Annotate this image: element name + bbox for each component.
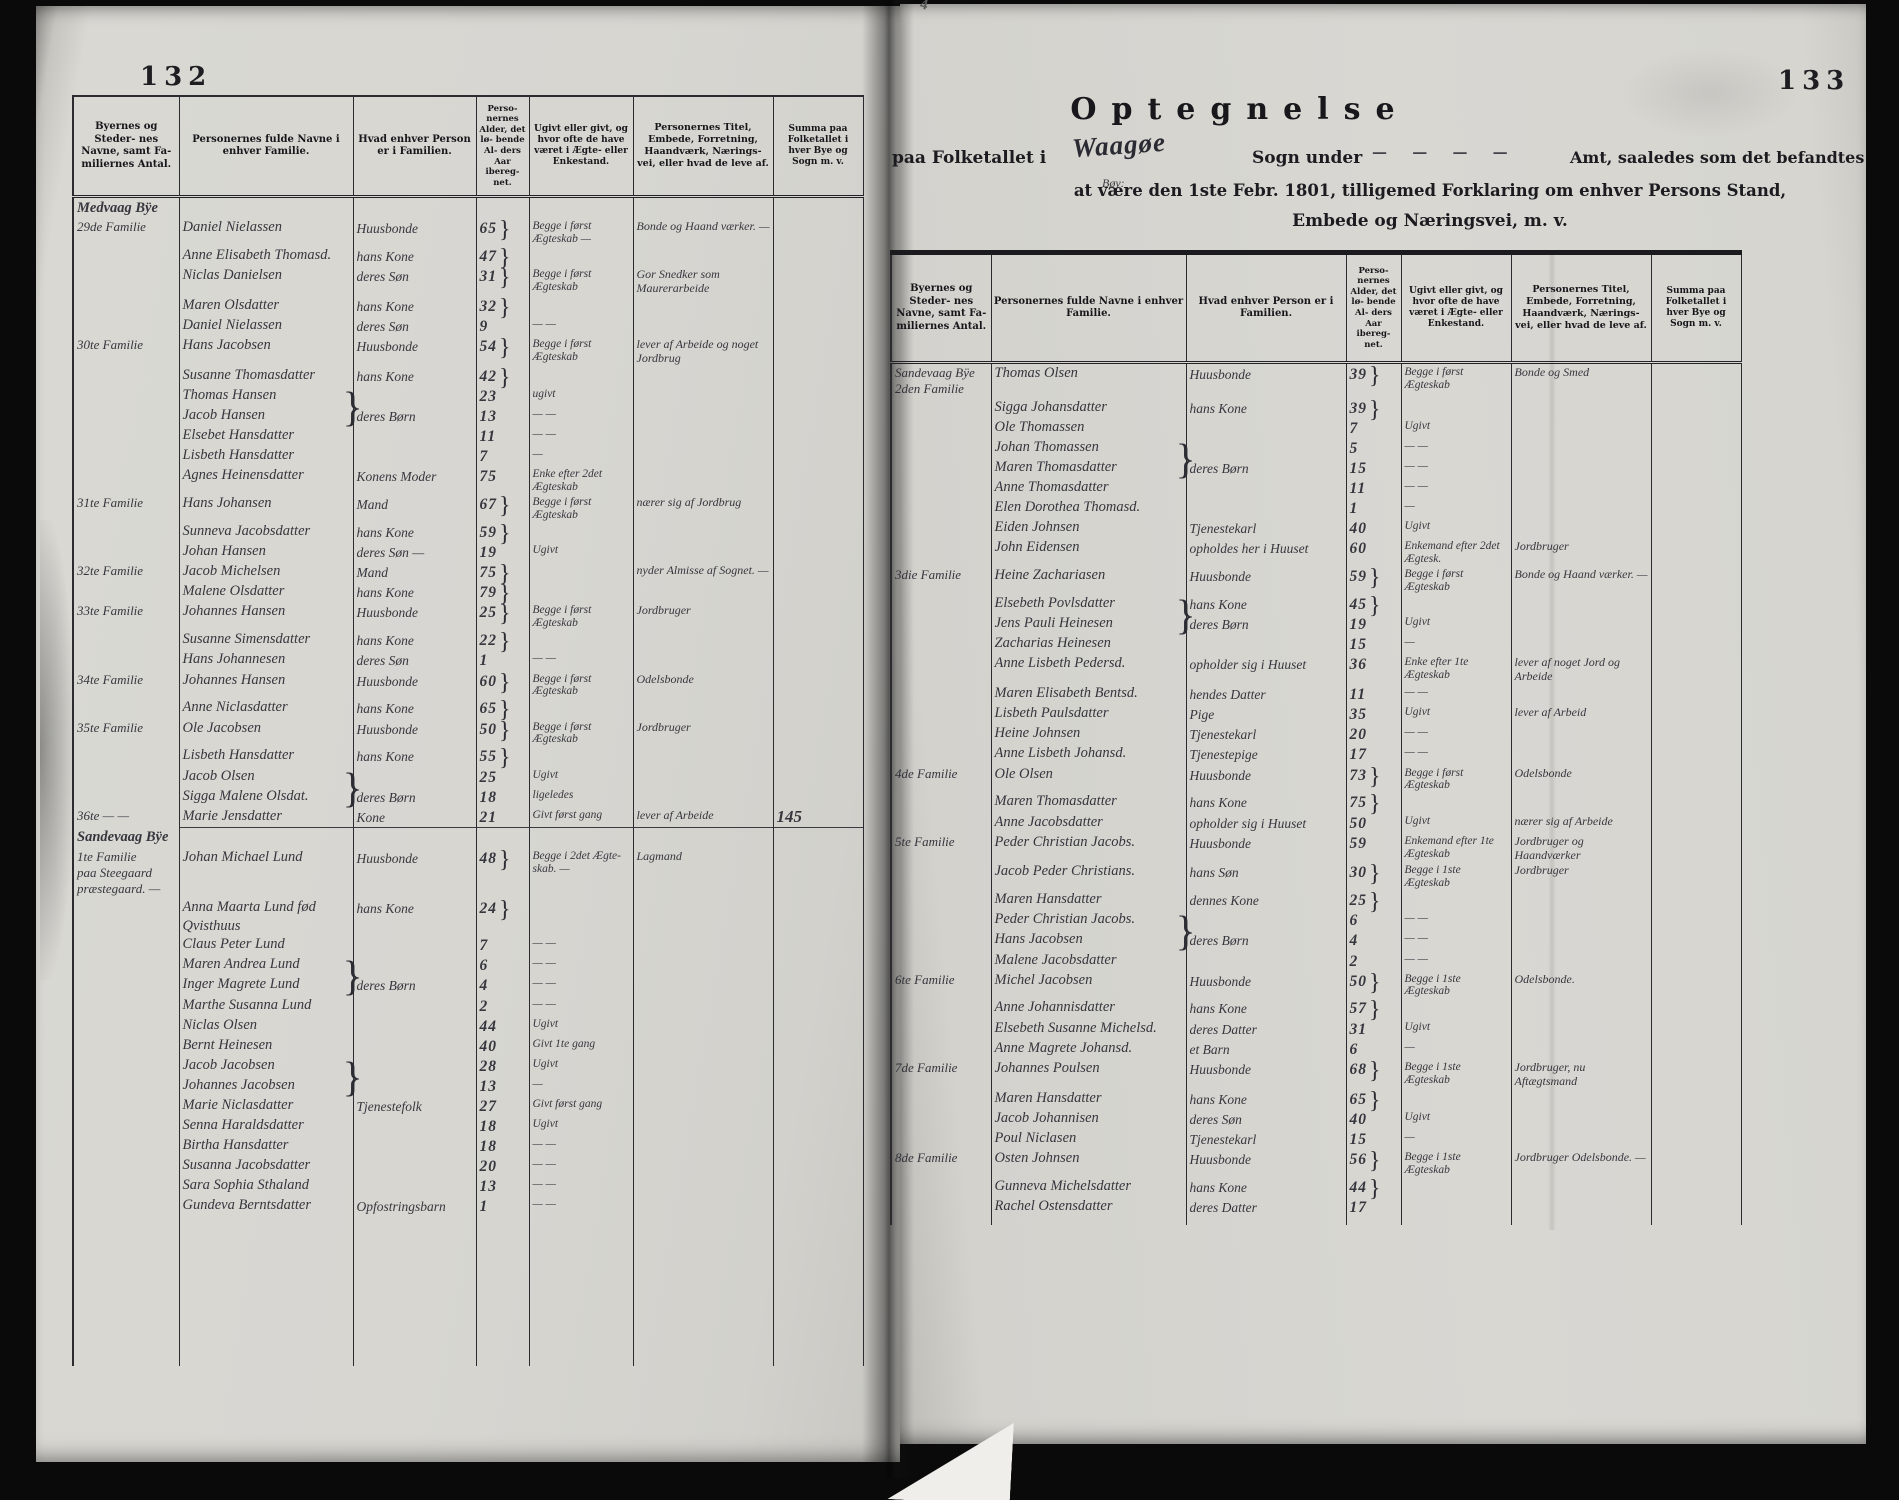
cell-role: Huusbonde — [353, 602, 476, 630]
cell-name: Elsebeth Susanne Michelsd. — [991, 1019, 1186, 1039]
cell-name-text: Osten Johnsen — [995, 1149, 1183, 1168]
cell-name-text: Eiden Johnsen — [995, 518, 1183, 537]
cell-name-text: Maren Andrea Lund — [183, 955, 350, 974]
cell-title — [633, 366, 773, 386]
cell-title — [633, 1196, 773, 1216]
cell-name: Inger Magrete Lund — [179, 975, 353, 995]
cell-status: Begge i 1ste Ægteskab — [1401, 862, 1511, 890]
cell-status: Enke efter 2det Ægteskab — [529, 466, 633, 494]
cell-age: 35 — [1346, 704, 1401, 724]
cell-name: Gunneva Michelsdatter — [991, 1177, 1186, 1197]
cell-role-text: hans Kone — [357, 299, 414, 314]
cell-place — [891, 792, 991, 812]
cell-status-text: Ugivt — [533, 1116, 630, 1131]
cell-title — [633, 996, 773, 1016]
cell-role: }deres Børn — [353, 975, 476, 995]
cell-title — [633, 955, 773, 975]
parish-name-handwritten: Waagøe — [1071, 127, 1167, 164]
cell-name-text: Lisbeth Paulsdatter — [995, 704, 1183, 723]
cell-status: — — — [529, 1196, 633, 1216]
cell-summa — [1651, 654, 1741, 684]
cell-status — [1401, 998, 1511, 1018]
cell-age: 44 — [476, 1016, 529, 1036]
ledger-row: Maren Hansdatterdennes Kone25} — [891, 890, 1741, 910]
age-brace: } — [1369, 897, 1381, 907]
cell-name-text: Elsebeth Susanne Michelsd. — [995, 1019, 1183, 1038]
cell-name: Eiden Johnsen — [991, 518, 1186, 538]
cell-age-text: 50 — [1350, 973, 1368, 990]
cell-age-text: 40 — [1350, 1111, 1368, 1128]
cell-age: 1 — [476, 1196, 529, 1216]
cell-status — [1401, 594, 1511, 614]
cell-title — [1511, 1039, 1651, 1059]
cell-role-text: deres Børn — [1190, 933, 1249, 948]
cell-age-text: 60 — [480, 673, 498, 690]
cell-summa — [1651, 1039, 1741, 1059]
cell-role-text: Opfostringsbarn — [357, 1199, 446, 1214]
cell-place — [891, 930, 991, 950]
cell-age-text: 1 — [480, 1198, 489, 1215]
cell-name-text: Thomas Olsen — [995, 364, 1183, 383]
cell-title-text: Bonde og Haand værker. — — [637, 218, 770, 234]
cell-age-text: 60 — [1350, 540, 1368, 557]
cell-summa — [773, 1076, 863, 1096]
cell-role: hans Kone — [1186, 594, 1346, 614]
cell-age-text: 21 — [480, 809, 498, 826]
cell-role-text: Tjenestekarl — [1190, 1132, 1257, 1147]
cell-title — [1511, 1129, 1651, 1149]
ledger-row: Anne Magrete Johansd.et Barn6— — [891, 1039, 1741, 1059]
cell-name-text: Birtha Hansdatter — [183, 1136, 350, 1155]
ledger-row: Malene Jacobsdatter2— — — [891, 951, 1741, 971]
cell-status: Begge i først Ægteskab — [529, 266, 633, 296]
cell-name-text: Gundeva Berntsdatter — [183, 1196, 350, 1215]
cell-status-text: Givt 1te gang — [533, 1036, 630, 1051]
cell-name-text: Senna Haraldsdatter — [183, 1116, 350, 1135]
cell-summa — [773, 316, 863, 336]
cell-place-text: 4de Familie — [895, 765, 988, 782]
ledger-row: Sigga Malene Olsdat.}deres Børn18ligeled… — [73, 787, 863, 807]
cell-role — [1186, 1217, 1346, 1225]
column-header-title: Personernes Titel, Embede, Forretning, H… — [1511, 253, 1651, 363]
cell-summa — [773, 542, 863, 562]
cell-summa — [773, 1096, 863, 1116]
cell-age-text: 48 — [480, 850, 498, 867]
cell-name-text: Anne Elisabeth Thomasd. — [183, 246, 350, 265]
cell-role: deres Datter — [1186, 1197, 1346, 1217]
cell-title — [633, 1176, 773, 1196]
cell-summa — [773, 366, 863, 386]
cell-status — [529, 698, 633, 718]
cell-age-text: 13 — [480, 408, 498, 425]
cell-place: 34te Familie — [73, 671, 179, 699]
paper-stain — [1620, 48, 1800, 138]
cell-status: Begge i 1ste Ægteskab — [1401, 971, 1511, 999]
column-header-title: Personernes Titel, Embede, Forretning, H… — [633, 96, 773, 197]
cell-name: Anne Thomasdatter — [991, 478, 1186, 498]
cell-status — [529, 296, 633, 316]
cell-age-text: 18 — [480, 1138, 498, 1155]
column-header-status: Ugivt eller givt, og hvor ofte de have v… — [529, 96, 633, 197]
cell-name: Maren Hansdatter — [991, 1089, 1186, 1109]
cell-age: 65} — [476, 218, 529, 246]
cell-name-text: Claus Peter Lund — [183, 935, 350, 954]
cell-summa — [773, 955, 863, 975]
cell-status-text: — — — [1405, 478, 1508, 493]
age-brace: } — [499, 589, 511, 599]
cell-role-text: Huusbonde — [1190, 836, 1252, 851]
cell-summa — [1651, 930, 1741, 950]
cell-role-text: Huusbonde — [357, 605, 419, 620]
cell-place — [891, 478, 991, 498]
ledger-row: 31te FamilieHans JohansenMand67}Begge i … — [73, 494, 863, 522]
ledger-row: Eiden JohnsenTjenestekarl40Ugivt — [891, 518, 1741, 538]
cell-status: Begge i 2det Ægte- skab. — — [529, 848, 633, 898]
cell-status: — — [1401, 1039, 1511, 1059]
cell-status-text: Ugivt — [533, 1016, 630, 1031]
cell-name-text: Susanne Thomasdatter — [183, 366, 350, 385]
cell-role: hans Kone — [1186, 792, 1346, 812]
cell-title-text: Bonde og Smed — [1515, 364, 1648, 380]
cell-title — [633, 386, 773, 406]
cell-place-text: 5te Familie — [895, 833, 988, 850]
cell-place — [73, 1056, 179, 1076]
cell-summa — [773, 296, 863, 316]
cell-place — [891, 998, 991, 1018]
cell-title — [633, 426, 773, 446]
cell-name-text: Jacob Jacobsen — [183, 1056, 350, 1075]
cell-age-text: 27 — [480, 1098, 498, 1115]
cell-name — [179, 827, 353, 848]
ledger-row: Elsebeth Susanne Michelsd.deres Datter31… — [891, 1019, 1741, 1039]
cell-title-text: Jordbruger — [1515, 862, 1648, 878]
cell-name: Maren Elisabeth Bentsd. — [991, 684, 1186, 704]
cell-name: Jacob Michelsen — [179, 562, 353, 582]
cell-name: Daniel Nielassen — [179, 316, 353, 336]
cell-status-text: Begge i først Ægteskab — [533, 719, 630, 747]
cell-age-text: 65 — [480, 700, 498, 717]
cell-status: Begge i 1ste Ægteskab — [1401, 1149, 1511, 1177]
cell-age: 20 — [1346, 724, 1401, 744]
cell-age-text: 28 — [480, 1058, 498, 1075]
cell-name: Ole Thomassen — [991, 418, 1186, 438]
cell-role-text: hans Kone — [357, 901, 414, 916]
cell-name-text: Jens Pauli Heinesen — [995, 614, 1183, 633]
cell-place — [73, 426, 179, 446]
cell-summa — [773, 522, 863, 542]
cell-title: nærer sig af Arbeide — [1511, 813, 1651, 833]
cell-status-text: — — [1405, 1129, 1508, 1144]
ledger-row: Inger Magrete Lund}deres Børn4— — — [73, 975, 863, 995]
cell-name-text: Anne Magrete Johansd. — [995, 1039, 1183, 1058]
cell-name-text: Inger Magrete Lund — [183, 975, 350, 994]
cell-title — [1511, 1019, 1651, 1039]
cell-title — [633, 1156, 773, 1176]
cell-status: — — — [1401, 458, 1511, 478]
cell-summa — [773, 602, 863, 630]
cell-place-text: 1te Familie paa Steegaard præstegaard. — — [77, 848, 176, 898]
cell-name: Maren Thomasdatter — [991, 792, 1186, 812]
column-header-status: Ugivt eller givt, og hvor ofte de have v… — [1401, 253, 1511, 363]
cell-title — [1511, 518, 1651, 538]
cell-title: Jordbruger — [633, 719, 773, 747]
cell-age-text: 32 — [480, 298, 498, 315]
cell-role: hans Kone — [1186, 398, 1346, 418]
age-brace: } — [1369, 371, 1381, 381]
cell-name: Sunneva Jacobsdatter — [179, 522, 353, 542]
cell-age-text: 6 — [1350, 1041, 1359, 1058]
cell-name: Claus Peter Lund — [179, 935, 353, 955]
cell-name-text: Hans Johannesen — [183, 650, 350, 669]
cell-title — [633, 466, 773, 494]
cell-name: Heine Zachariasen — [991, 566, 1186, 594]
cell-age: 59 — [1346, 833, 1401, 863]
column-header-role: Hvad enhver Person er i Familien. — [353, 96, 476, 197]
cell-place: 35te Familie — [73, 719, 179, 747]
cell-age: 50} — [1346, 971, 1401, 999]
cell-status-text: Begge i først Ægteskab — [1405, 364, 1508, 392]
cell-name: Elen Dorothea Thomasd. — [991, 498, 1186, 518]
age-brace: } — [499, 373, 511, 383]
cell-name: Johan Thomassen — [991, 438, 1186, 458]
cell-title — [633, 1016, 773, 1036]
ledger-row: 5te FamiliePeder Christian Jacobs.Huusbo… — [891, 833, 1741, 863]
cell-role: Tjenestekarl — [1186, 724, 1346, 744]
ledger-row: Lisbeth Hansdatter7— — [73, 446, 863, 466]
cell-place-text: Sandevaag Bÿe 2den Familie — [895, 364, 988, 398]
cell-role: hans Kone — [353, 246, 476, 266]
cell-name: Hans Jacobsen — [179, 336, 353, 366]
cell-role — [353, 1116, 476, 1136]
cell-name-text: Johannes Hansen — [183, 602, 350, 621]
cell-place — [891, 538, 991, 566]
cell-summa — [1651, 744, 1741, 764]
cell-title-text: Jordbruger Odelsbonde. — — [1515, 1149, 1648, 1165]
cell-name: Elsebeth Povlsdatter — [991, 594, 1186, 614]
cell-role: Huusbonde — [1186, 971, 1346, 999]
cell-place — [891, 910, 991, 930]
cell-name-text: Anna Maarta Lund fød Qvisthuus — [183, 898, 350, 936]
cell-age: 1 — [1346, 498, 1401, 518]
cell-summa — [773, 494, 863, 522]
cell-status: Begge i 1ste Ægteskab — [1401, 1059, 1511, 1089]
cell-place — [73, 955, 179, 975]
cell-place: 3die Familie — [891, 566, 991, 594]
cell-place — [891, 594, 991, 614]
cell-summa — [1651, 684, 1741, 704]
cell-age-text: 31 — [1350, 1021, 1368, 1038]
age-brace: } — [1369, 1156, 1381, 1166]
cell-age: 48} — [476, 848, 529, 898]
ledger-row: Maren Thomasdatterhans Kone75} — [891, 792, 1741, 812]
cell-title-text: Odelsbonde — [1515, 765, 1648, 781]
cell-role: Pige — [1186, 704, 1346, 724]
cell-role: deres Søn — — [353, 542, 476, 562]
cell-status-text: Begge i først Ægteskab — [533, 671, 630, 699]
cell-status: — — — [529, 975, 633, 995]
cell-status-text: — — — [1405, 438, 1508, 453]
left-page-number: 132 — [140, 62, 212, 92]
cell-age: 5 — [1346, 438, 1401, 458]
cell-place — [73, 246, 179, 266]
section-heading-row: Sandevaag Bÿe — [73, 827, 863, 848]
cell-age: 67} — [476, 494, 529, 522]
cell-age: 68} — [1346, 1059, 1401, 1089]
cell-name: Maren Andrea Lund — [179, 955, 353, 975]
cell-summa — [773, 582, 863, 602]
cell-summa — [773, 898, 863, 936]
cell-title — [1511, 684, 1651, 704]
cell-role-text: hans Kone — [357, 633, 414, 648]
cell-title — [1511, 1197, 1651, 1217]
cell-age: 31} — [476, 266, 529, 296]
cell-age-text: 42 — [480, 368, 498, 385]
age-brace: } — [499, 253, 511, 263]
cell-status — [1401, 890, 1511, 910]
ledger-row: Anne Johannisdatterhans Kone57} — [891, 998, 1741, 1018]
cell-status-text: Begge i først Ægteskab — [533, 494, 630, 522]
cell-name-text: Anne Johannisdatter — [995, 998, 1183, 1017]
cell-role — [1186, 438, 1346, 458]
age-brace: } — [1369, 573, 1381, 583]
cell-summa — [773, 650, 863, 670]
cell-name-text: Jacob Johannisen — [995, 1109, 1183, 1128]
cell-status: Enke efter 1te Ægteskab — [1401, 654, 1511, 684]
cell-place — [73, 650, 179, 670]
cell-role-text: Mand — [357, 497, 389, 512]
cell-summa — [1651, 833, 1741, 863]
cell-status: Givt først gang — [529, 1096, 633, 1116]
cell-status-text: Begge i først Ægteskab — [1405, 765, 1508, 793]
cell-place — [73, 406, 179, 426]
cell-role-text: deres Børn — [357, 790, 416, 805]
cell-title: Jordbruger — [1511, 862, 1651, 890]
cell-role-text: hans Kone — [357, 369, 414, 384]
cell-role: Huusbonde — [353, 671, 476, 699]
cell-status-text: Begge i først Ægteskab — — [533, 218, 630, 246]
cell-summa — [773, 698, 863, 718]
cell-age: 22} — [476, 630, 529, 650]
ledger-row: 6te FamilieMichel JacobsenHuusbonde50}Be… — [891, 971, 1741, 999]
cell-role: Tjenestekarl — [1186, 518, 1346, 538]
cell-role: opholder sig i Huuset — [1186, 654, 1346, 684]
age-brace: } — [499, 637, 511, 647]
cell-role-text: hans Søn — [1190, 865, 1239, 880]
cell-age-text: 20 — [1350, 726, 1368, 743]
cell-role-text: deres Børn — [1190, 617, 1249, 632]
cell-age — [476, 1216, 529, 1366]
cell-place — [73, 522, 179, 542]
cell-name: Birtha Hansdatter — [179, 1136, 353, 1156]
cell-place: Sandevaag Bÿe — [73, 827, 179, 848]
cell-status: Begge i først Ægteskab — [529, 719, 633, 747]
cell-role: Tjenestepige — [1186, 744, 1346, 764]
cell-title — [633, 246, 773, 266]
cell-role: hans Kone — [1186, 998, 1346, 1018]
cell-role-text: Huusbonde — [1190, 768, 1252, 783]
cell-place: 30te Familie — [73, 336, 179, 366]
cell-name-text: Lisbeth Hansdatter — [183, 746, 350, 765]
cell-age: 40 — [476, 1036, 529, 1056]
ledger-row: Anne Niclasdatterhans Kone65} — [73, 698, 863, 718]
cell-name: Bernt Heinesen — [179, 1036, 353, 1056]
cell-status-text: — — — [533, 935, 630, 950]
cell-age: 79} — [476, 582, 529, 602]
cell-place: 33te Familie — [73, 602, 179, 630]
cell-name: Thomas Olsen — [991, 363, 1186, 398]
cell-title-text: Gor Snedker som Maurerarbeide — [637, 266, 770, 296]
cell-status-text: Begge i først Ægteskab — [533, 266, 630, 294]
cell-summa — [773, 1136, 863, 1156]
cell-place-text: Sandevaag Bÿe — [77, 827, 176, 846]
heading-line1-pre: paa Folketallet i — [892, 148, 1046, 168]
cell-name: Jacob Hansen — [179, 406, 353, 426]
cell-name-text: Hans Johansen — [183, 494, 350, 513]
ledger-row: John Eidensenopholdes her i Huuset60Enke… — [891, 538, 1741, 566]
cell-summa — [773, 1116, 863, 1136]
cell-name-text: Jacob Hansen — [183, 406, 350, 425]
cell-summa — [1651, 765, 1741, 793]
cell-role — [353, 1156, 476, 1176]
cell-role: deres Søn — [353, 650, 476, 670]
cell-role: hans Kone — [353, 698, 476, 718]
ledger-row: Birtha Hansdatter18— — — [73, 1136, 863, 1156]
column-header-row: Byernes og Steder- nes Navne, samt Fa- m… — [73, 96, 863, 197]
cell-age: 2 — [1346, 951, 1401, 971]
cell-status — [529, 197, 633, 219]
cell-summa — [1651, 594, 1741, 614]
cell-summa — [1651, 704, 1741, 724]
cell-name-text: Jacob Peder Christians. — [995, 862, 1183, 881]
cell-status: — — — [1401, 744, 1511, 764]
ledger-row: 7de FamilieJohannes PoulsenHuusbonde68}B… — [891, 1059, 1741, 1089]
age-brace: } — [499, 705, 511, 715]
cell-title: Jordbruger Odelsbonde. — — [1511, 1149, 1651, 1177]
cell-name-text: Elen Dorothea Thomasd. — [995, 498, 1183, 517]
cell-place: 7de Familie — [891, 1059, 991, 1089]
cell-title-text: Jordbruger og Haandværker — [1515, 833, 1648, 863]
census-table-left: Byernes og Steder- nes Navne, samt Fa- m… — [72, 95, 864, 1366]
cell-name: Anne Niclasdatter — [179, 698, 353, 718]
cell-status — [529, 746, 633, 766]
cell-role-text: deres Søn — — [357, 545, 425, 560]
cell-summa — [1651, 418, 1741, 438]
column-header-role: Hvad enhver Person er i Familien. — [1186, 253, 1346, 363]
cell-summa — [773, 630, 863, 650]
cell-name: Lisbeth Hansdatter — [179, 446, 353, 466]
ledger-row: Jacob Hansen}deres Børn13— — — [73, 406, 863, 426]
cell-status: Begge i først Ægteskab — — [529, 218, 633, 246]
cell-age: 75 — [476, 466, 529, 494]
cell-name: Jacob Johannisen — [991, 1109, 1186, 1129]
cell-summa — [1651, 910, 1741, 930]
cell-age: 36 — [1346, 654, 1401, 684]
cell-name: Sigga Malene Olsdat. — [179, 787, 353, 807]
cell-age: 11 — [1346, 684, 1401, 704]
cell-title: lever af Arbeid — [1511, 704, 1651, 724]
age-brace: } — [1369, 772, 1381, 782]
cell-age: 4 — [1346, 930, 1401, 950]
cell-name: Susanne Thomasdatter — [179, 366, 353, 386]
cell-status-text: ugivt — [533, 386, 630, 401]
cell-title: Odelsbonde — [1511, 765, 1651, 793]
cell-status — [529, 630, 633, 650]
cell-age-text: 11 — [480, 428, 497, 445]
ledger-row: 30te FamilieHans JacobsenHuusbonde54}Beg… — [73, 336, 863, 366]
cell-role-text: Tjenestekarl — [1190, 727, 1257, 742]
cell-role-text: hans Kone — [357, 585, 414, 600]
cell-role-text: Kone — [357, 810, 386, 825]
